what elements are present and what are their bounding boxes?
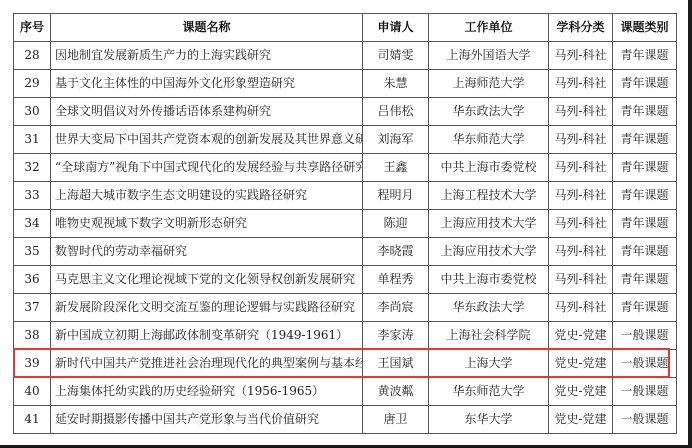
cell-subject: 马列-科社 — [549, 294, 613, 322]
header-unit: 工作单位 — [429, 14, 549, 42]
cell-number: 30 — [14, 98, 51, 126]
cell-applicant: 刘海军 — [363, 126, 429, 154]
cell-subject: 马列-科社 — [549, 182, 613, 210]
cell-category: 青年课题 — [613, 126, 677, 154]
cell-category: 青年课题 — [613, 182, 677, 210]
project-list-table: 序号 课题名称 申请人 工作单位 学科分类 课题类别 28 因地制宜发展新质生产… — [13, 13, 677, 434]
cell-subject: 党史-党建 — [549, 378, 613, 406]
table-row: 37 新发展阶段深化文明交流互鉴的理论逻辑与实践路径研究 李尚宸 华东政法大学 … — [14, 294, 677, 322]
cell-title: 世界大变局下中国共产党资本观的创新发展及其世界意义研究 — [51, 126, 363, 154]
cell-applicant: 李晓霞 — [363, 238, 429, 266]
cell-number: 35 — [14, 238, 51, 266]
cell-unit: 上海工程技术大学 — [429, 182, 549, 210]
cell-category: 青年课题 — [613, 238, 677, 266]
cell-applicant: 李尚宸 — [363, 294, 429, 322]
cell-category: 一般课题 — [613, 350, 677, 378]
table-row: 28 因地制宜发展新质生产力的上海实践研究 司婧雯 上海外国语大学 马列-科社 … — [14, 42, 677, 70]
cell-title: 唯物史观视域下数字文明新形态研究 — [51, 210, 363, 238]
cell-subject: 党史-党建 — [549, 350, 613, 378]
cell-category: 青年课题 — [613, 42, 677, 70]
cell-number: 39 — [14, 350, 51, 378]
cell-unit: 上海应用技术大学 — [429, 238, 549, 266]
table-row: 38 新中国成立初期上海邮政体制变革研究（1949-1961） 李家涛 上海社会… — [14, 322, 677, 350]
cell-number: 31 — [14, 126, 51, 154]
cell-category: 青年课题 — [613, 154, 677, 182]
cell-title: 新时代中国共产党推进社会治理现代化的典型案例与基本经验研究 — [51, 350, 363, 378]
cell-applicant: 唐卫 — [363, 406, 429, 434]
cell-title: 上海超大城市数字生态文明建设的实践路径研究 — [51, 182, 363, 210]
cell-category: 青年课题 — [613, 210, 677, 238]
cell-applicant: 陈迎 — [363, 210, 429, 238]
cell-number: 41 — [14, 406, 51, 434]
table-row: 36 马克思主义文化理论视域下党的文化领导权创新发展研究 单程秀 中共上海市委党… — [14, 266, 677, 294]
cell-applicant: 王国斌 — [363, 350, 429, 378]
table-row: 31 世界大变局下中国共产党资本观的创新发展及其世界意义研究 刘海军 华东师范大… — [14, 126, 677, 154]
cell-unit: 中共上海市委党校 — [429, 266, 549, 294]
table-header-row: 序号 课题名称 申请人 工作单位 学科分类 课题类别 — [14, 14, 677, 42]
cell-subject: 党史-党建 — [549, 322, 613, 350]
cell-number: 33 — [14, 182, 51, 210]
cell-unit: 华东师范大学 — [429, 126, 549, 154]
cell-applicant: 王鑫 — [363, 154, 429, 182]
cell-number: 36 — [14, 266, 51, 294]
table-row: 41 延安时期摄影传播中国共产党形象与当代价值研究 唐卫 东华大学 党史-党建 … — [14, 406, 677, 434]
cell-unit: 华东政法大学 — [429, 98, 549, 126]
cell-applicant: 单程秀 — [363, 266, 429, 294]
cell-title: 新中国成立初期上海邮政体制变革研究（1949-1961） — [51, 322, 363, 350]
table-row-highlighted: 39 新时代中国共产党推进社会治理现代化的典型案例与基本经验研究 王国斌 上海大… — [14, 350, 677, 378]
cell-title: 延安时期摄影传播中国共产党形象与当代价值研究 — [51, 406, 363, 434]
cell-category: 一般课题 — [613, 322, 677, 350]
cell-applicant: 吕伟松 — [363, 98, 429, 126]
table-row: 29 基于文化主体性的中国海外文化形象塑造研究 朱慧 上海师范大学 马列-科社 … — [14, 70, 677, 98]
cell-title: “全球南方”视角下中国式现代化的发展经验与共享路径研究 — [51, 154, 363, 182]
cell-title: 因地制宜发展新质生产力的上海实践研究 — [51, 42, 363, 70]
header-number: 序号 — [14, 14, 51, 42]
cell-number: 37 — [14, 294, 51, 322]
cell-unit: 华东政法大学 — [429, 294, 549, 322]
cell-subject: 马列-科社 — [549, 98, 613, 126]
cell-subject: 马列-科社 — [549, 266, 613, 294]
cell-unit: 东华大学 — [429, 406, 549, 434]
table-row: 32 “全球南方”视角下中国式现代化的发展经验与共享路径研究 王鑫 中共上海市委… — [14, 154, 677, 182]
cell-title: 马克思主义文化理论视域下党的文化领导权创新发展研究 — [51, 266, 363, 294]
cell-subject: 党史-党建 — [549, 406, 613, 434]
cell-number: 32 — [14, 154, 51, 182]
header-applicant: 申请人 — [363, 14, 429, 42]
cell-applicant: 朱慧 — [363, 70, 429, 98]
cell-title: 数智时代的劳动幸福研究 — [51, 238, 363, 266]
cell-number: 28 — [14, 42, 51, 70]
cell-subject: 马列-科社 — [549, 210, 613, 238]
cell-category: 青年课题 — [613, 266, 677, 294]
window-border-right — [688, 0, 692, 448]
cell-category: 青年课题 — [613, 98, 677, 126]
cell-number: 38 — [14, 322, 51, 350]
cell-category: 青年课题 — [613, 294, 677, 322]
cell-category: 一般课题 — [613, 406, 677, 434]
cell-subject: 马列-科社 — [549, 154, 613, 182]
cell-applicant: 黄波粼 — [363, 378, 429, 406]
header-title: 课题名称 — [51, 14, 363, 42]
table-row: 40 上海集体托幼实践的历史经验研究（1956-1965） 黄波粼 华东师范大学… — [14, 378, 677, 406]
cell-number: 34 — [14, 210, 51, 238]
table-row: 33 上海超大城市数字生态文明建设的实践路径研究 程明月 上海工程技术大学 马列… — [14, 182, 677, 210]
header-subject: 学科分类 — [549, 14, 613, 42]
cell-unit: 上海大学 — [429, 350, 549, 378]
cell-unit: 上海师范大学 — [429, 70, 549, 98]
cell-number: 29 — [14, 70, 51, 98]
cell-title: 上海集体托幼实践的历史经验研究（1956-1965） — [51, 378, 363, 406]
cell-subject: 马列-科社 — [549, 126, 613, 154]
cell-subject: 马列-科社 — [549, 42, 613, 70]
cell-unit: 中共上海市委党校 — [429, 154, 549, 182]
cell-category: 一般课题 — [613, 378, 677, 406]
cell-title: 基于文化主体性的中国海外文化形象塑造研究 — [51, 70, 363, 98]
cell-applicant: 司婧雯 — [363, 42, 429, 70]
cell-subject: 马列-科社 — [549, 238, 613, 266]
cell-subject: 马列-科社 — [549, 70, 613, 98]
cell-unit: 上海社会科学院 — [429, 322, 549, 350]
table-row: 34 唯物史观视域下数字文明新形态研究 陈迎 上海应用技术大学 马列-科社 青年… — [14, 210, 677, 238]
cell-number: 40 — [14, 378, 51, 406]
cell-title: 新发展阶段深化文明交流互鉴的理论逻辑与实践路径研究 — [51, 294, 363, 322]
cell-applicant: 程明月 — [363, 182, 429, 210]
table-row: 30 全球文明倡议对外传播话语体系建构研究 吕伟松 华东政法大学 马列-科社 青… — [14, 98, 677, 126]
table-row: 35 数智时代的劳动幸福研究 李晓霞 上海应用技术大学 马列-科社 青年课题 — [14, 238, 677, 266]
cell-unit: 上海应用技术大学 — [429, 210, 549, 238]
cell-unit: 华东师范大学 — [429, 378, 549, 406]
header-category: 课题类别 — [613, 14, 677, 42]
cell-title: 全球文明倡议对外传播话语体系建构研究 — [51, 98, 363, 126]
cell-category: 青年课题 — [613, 70, 677, 98]
cell-unit: 上海外国语大学 — [429, 42, 549, 70]
cell-applicant: 李家涛 — [363, 322, 429, 350]
